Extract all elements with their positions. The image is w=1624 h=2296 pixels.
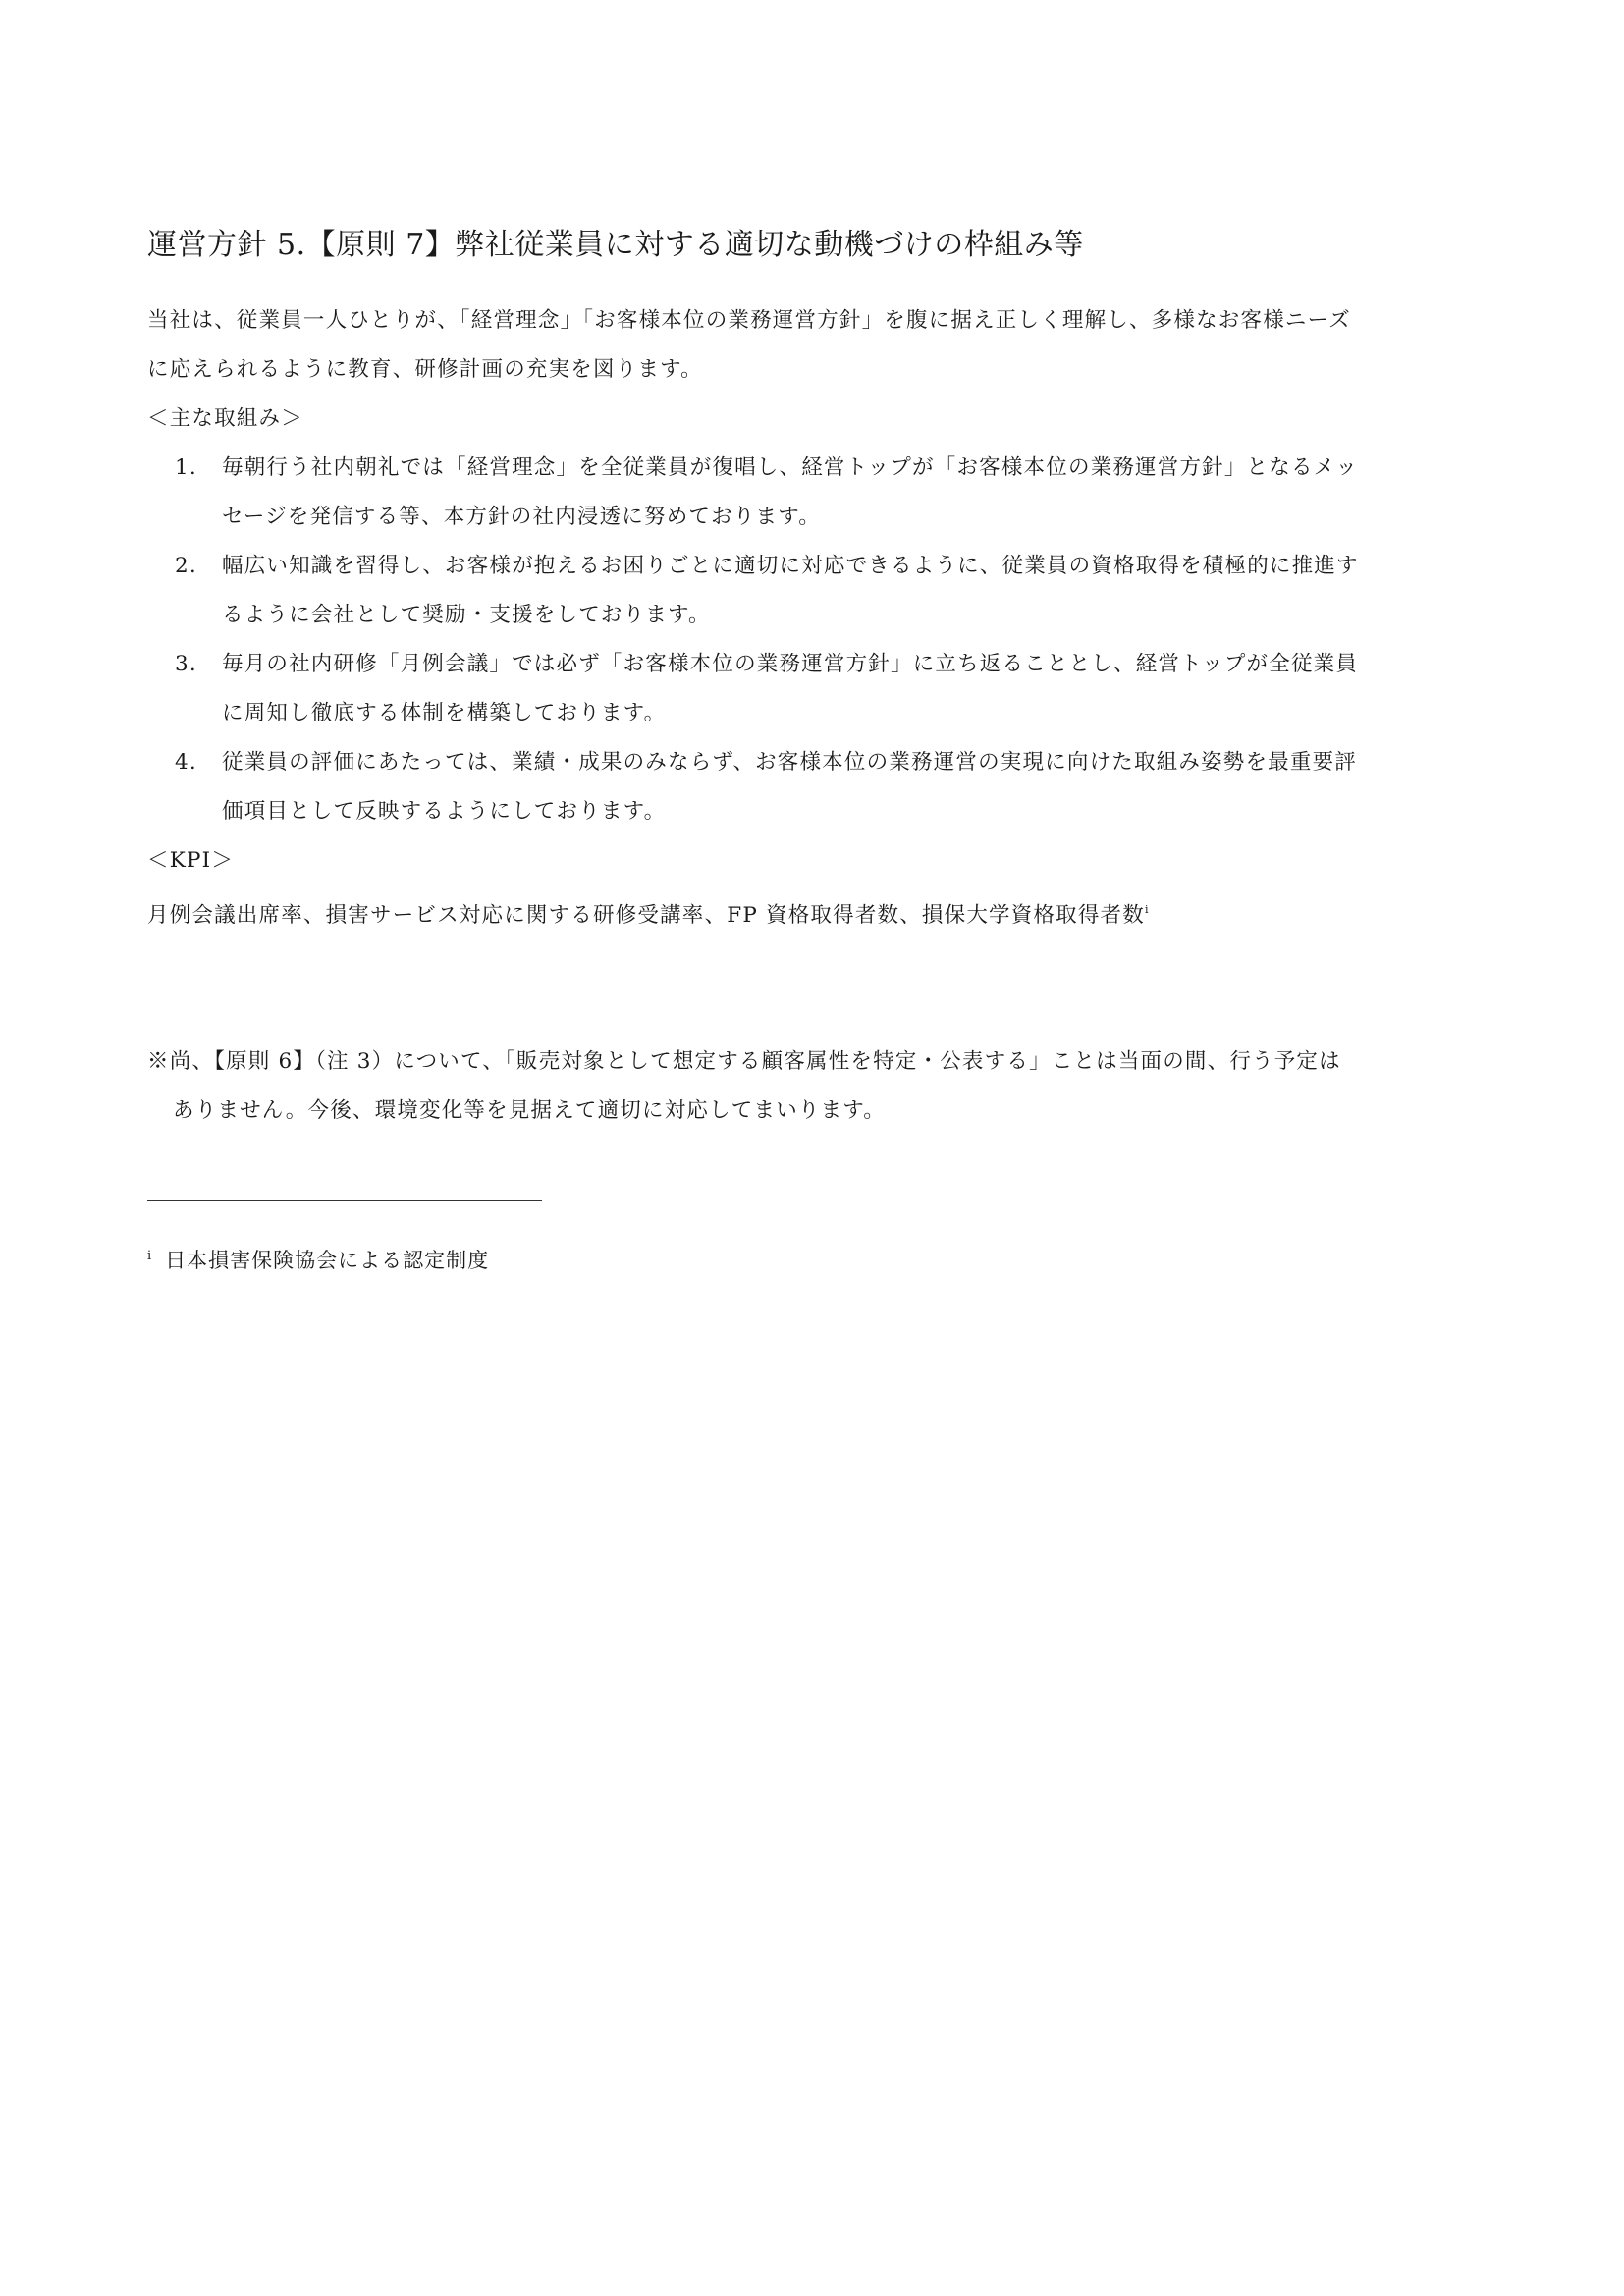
list-item: 1. 毎朝行う社内朝礼では「経営理念」を全従業員が復唱し、経営トップが「お客様本… [147,444,1359,542]
list-item-line: 毎朝行う社内朝礼では「経営理念」を全従業員が復唱し、経営トップが「お客様本位の業… [222,444,1359,493]
list-item-line: 幅広い知識を習得し、お客様が抱えるお困りごとに適切に対応できるように、従業員の資… [222,542,1359,591]
kpi-label: ＜KPI＞ [147,836,234,885]
initiatives-label: ＜主な取組み＞ [147,395,303,444]
list-item-number: 1. [175,444,197,493]
kpi-list: 月例会議出席率、損害サービス対応に関する研修受講率、FP 資格取得者数、損保大学… [147,903,1145,928]
note-line: ※尚、【原則 6】（注 3）について、「販売対象として想定する顧客属性を特定・公… [147,1038,1341,1087]
list-item-line: に周知し徹底する体制を構築しております。 [222,689,1359,738]
footnote: i日本損害保険協会による認定制度 [147,1237,489,1280]
note-paragraph: ※尚、【原則 6】（注 3）について、「販売対象として想定する顧客属性を特定・公… [147,1038,1341,1136]
list-item-number: 4. [175,738,197,787]
list-item-line: 従業員の評価にあたっては、業績・成果のみならず、お客様本位の業務運営の実現に向け… [222,738,1359,787]
section-heading: 運営方針 5.【原則 7】弊社従業員に対する適切な動機づけの枠組み等 [147,224,1084,267]
footnote-divider [147,1200,542,1201]
footnote-marker: i [147,1249,151,1263]
footnote-text: 日本損害保険協会による認定制度 [165,1249,489,1272]
list-item-line: 毎月の社内研修「月例会議」では必ず「お客様本位の業務運営方針」に立ち返ることとし… [222,640,1359,689]
list-item-line: るように会社として奨励・支援をしております。 [222,591,1359,640]
list-item: 2. 幅広い知識を習得し、お客様が抱えるお困りごとに適切に対応できるように、従業… [147,542,1359,640]
list-item-line: セージを発信する等、本方針の社内浸透に努めております。 [222,493,1359,542]
list-item-number: 2. [175,542,197,591]
kpi-text: 月例会議出席率、損害サービス対応に関する研修受講率、FP 資格取得者数、損保大学… [147,885,1148,940]
intro-line: 当社は、従業員一人ひとりが、「経営理念」「お客様本位の業務運営方針」を腹に据え正… [147,296,1351,346]
footnote-reference[interactable]: i [1145,903,1149,916]
list-item-number: 3. [175,640,197,689]
list-item-line: 価項目として反映するようにしております。 [222,787,1359,836]
list-item: 4. 従業員の評価にあたっては、業績・成果のみならず、お客様本位の業務運営の実現… [147,738,1359,836]
document-page: 運営方針 5.【原則 7】弊社従業員に対する適切な動機づけの枠組み等 当社は、従… [0,0,1624,2296]
note-line: ありません。今後、環境変化等を見据えて適切に対応してまいります。 [147,1087,1341,1136]
list-item: 3. 毎月の社内研修「月例会議」では必ず「お客様本位の業務運営方針」に立ち返るこ… [147,640,1359,738]
intro-paragraph: 当社は、従業員一人ひとりが、「経営理念」「お客様本位の業務運営方針」を腹に据え正… [147,296,1351,395]
initiatives-list: 1. 毎朝行う社内朝礼では「経営理念」を全従業員が復唱し、経営トップが「お客様本… [147,444,1359,836]
intro-line: に応えられるように教育、研修計画の充実を図ります。 [147,346,1351,395]
